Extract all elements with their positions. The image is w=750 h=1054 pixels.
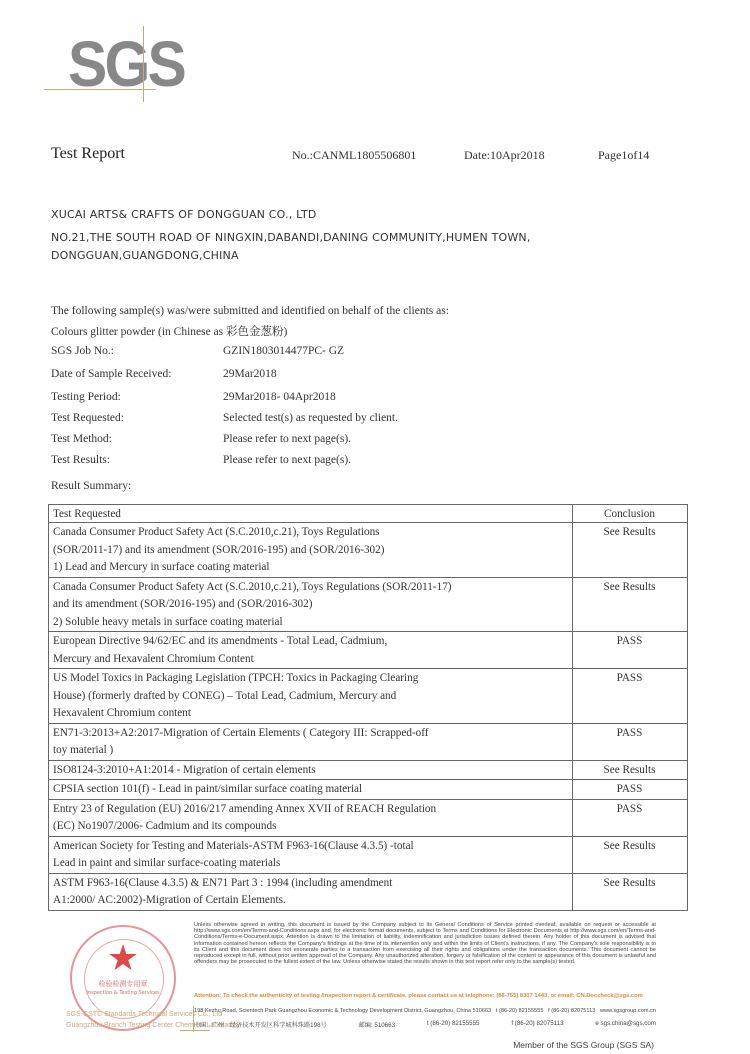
sample-description: Colours glitter powder (in Chinese as 彩色… <box>51 323 287 339</box>
test-line: Mercury and Hexavalent Chromium Content <box>53 651 567 669</box>
field-value: GZIN1803014477PC- GZ <box>223 345 344 357</box>
test-line: European Directive 94/62/EC and its amen… <box>53 633 567 651</box>
website-link[interactable]: www.sgsgroup.com.cn <box>600 1008 656 1014</box>
field-label: Test Method: <box>51 433 112 445</box>
test-line: ASTM F963-16(Clause 4.3.5) & EN71 Part 3… <box>53 875 567 893</box>
conclusion-cell: PASS <box>573 723 688 760</box>
email-link[interactable]: e sgs.china@sgs.com <box>595 1020 656 1029</box>
table-row: ISO8124-3:2010+A1:2014 - Migration of ce… <box>49 760 688 780</box>
address-text: 中国 · 广州 · 经济技术开发区科学城科珠路198号 <box>194 1020 327 1029</box>
conclusion-cell: See Results <box>573 836 688 873</box>
client-address-line1: NO.21,THE SOUTH ROAD OF NINGXIN,DABANDI,… <box>51 231 531 244</box>
test-requested-cell: EN71-3:2013+A2:2017-Migration of Certain… <box>49 723 573 760</box>
field-label: Testing Period: <box>51 391 121 403</box>
test-line: 1) Lead and Mercury in surface coating m… <box>53 559 567 577</box>
conclusion-cell: PASS <box>573 669 688 724</box>
address-chinese: 中国 · 广州 · 经济技术开发区科学城科珠路198号 邮编: 510663 t… <box>194 1020 656 1029</box>
test-line: ISO8124-3:2010+A1:2014 - Migration of ce… <box>53 762 567 780</box>
report-date: Date:10Apr2018 <box>464 148 545 163</box>
member-of-sgs-group: Member of the SGS Group (SGS SA) <box>513 1040 654 1050</box>
test-line: Hexavalent Chromium content <box>53 705 567 723</box>
conclusion-cell: PASS <box>573 780 688 800</box>
report-title: Test Report <box>51 145 125 163</box>
table-header-row: Test Requested Conclusion <box>49 505 688 523</box>
report-number: No.:CANML1805506801 <box>292 148 416 163</box>
field-value: 29Mar2018- 04Apr2018 <box>223 391 336 403</box>
client-address-line2: DONGGUAN,GUANGDONG,CHINA <box>51 249 239 262</box>
test-line: Canada Consumer Product Safety Act (S.C.… <box>53 579 567 597</box>
logo-vertical-rule <box>143 26 144 102</box>
test-line: American Society for Testing and Materia… <box>53 838 567 856</box>
conclusion-cell: PASS <box>573 799 688 836</box>
result-summary-table: Test Requested Conclusion Canada Consume… <box>48 504 688 911</box>
logo-horizontal-rule <box>44 89 156 90</box>
fax: f (86-20) 82075113 <box>548 1008 595 1014</box>
test-requested-cell: European Directive 94/62/EC and its amen… <box>49 632 573 669</box>
field-label: Date of Sample Received: <box>51 368 171 380</box>
field-label: Test Requested: <box>51 412 124 424</box>
test-requested-cell: Canada Consumer Product Safety Act (S.C.… <box>49 577 573 632</box>
table-row: US Model Toxics in Packaging Legislation… <box>49 669 688 724</box>
telephone: t (86-20) 82155555 <box>427 1020 480 1029</box>
field-value: 29Mar2018 <box>223 368 277 380</box>
table-row: American Society for Testing and Materia… <box>49 836 688 873</box>
client-name: XUCAI ARTS& CRAFTS OF DONGGUAN CO., LTD <box>51 208 317 221</box>
authenticity-notice: Attention: To check the authenticity of … <box>194 993 656 1000</box>
test-line: House) (formerly drafted by CONEG) – Tot… <box>53 688 567 706</box>
fax: f (86-20) 82075113 <box>511 1020 563 1029</box>
test-line: Canada Consumer Product Safety Act (S.C.… <box>53 524 567 542</box>
sgs-logo: SGS <box>62 32 174 102</box>
test-requested-cell: US Model Toxics in Packaging Legislation… <box>49 669 573 724</box>
test-line: US Model Toxics in Packaging Legislation… <box>53 670 567 688</box>
test-line: Lead in paint and similar surface-coatin… <box>53 855 567 873</box>
test-requested-cell: Canada Consumer Product Safety Act (S.C.… <box>49 523 573 578</box>
test-line: EN71-3:2013+A2:2017-Migration of Certain… <box>53 725 567 743</box>
test-requested-cell: American Society for Testing and Materia… <box>49 836 573 873</box>
test-line: A1:2000/ AC:2002)-Migration of Certain E… <box>53 892 567 910</box>
field-label: SGS Job No.: <box>51 345 114 357</box>
stamp-chinese-text: 检验检测专用章 <box>72 979 174 989</box>
test-line: (SOR/2011-17) and its amendment (SOR/201… <box>53 542 567 560</box>
telephone: t (86-20) 82155555 <box>496 1008 544 1014</box>
field-value: Please refer to next page(s). <box>223 454 351 466</box>
address-english: 198 Kezhu Road, Scientech Park Guangzhou… <box>194 1008 656 1014</box>
stamp-english-text: Inspection & Testing Services <box>72 990 174 996</box>
conclusion-cell: See Results <box>573 577 688 632</box>
table-row: CPSIA section 101(f) - Lead in paint/sim… <box>49 780 688 800</box>
conclusion-cell: PASS <box>573 632 688 669</box>
sgs-logo-text: SGS <box>68 32 184 96</box>
table-row: EN71-3:2013+A2:2017-Migration of Certain… <box>49 723 688 760</box>
page-indicator: Page1of14 <box>598 148 649 163</box>
star-icon: ★ <box>72 941 174 977</box>
field-value: Please refer to next page(s). <box>223 433 351 445</box>
field-value: Selected test(s) as requested by client. <box>223 412 398 424</box>
result-summary-label: Result Summary: <box>51 480 131 492</box>
table-row: Canada Consumer Product Safety Act (S.C.… <box>49 523 688 578</box>
test-requested-cell: CPSIA section 101(f) - Lead in paint/sim… <box>49 780 573 800</box>
test-line: and its amendment (SOR/2016-195) and (SO… <box>53 596 567 614</box>
column-header-test: Test Requested <box>49 505 573 523</box>
test-line: 2) Soluble heavy metals in surface coati… <box>53 614 567 632</box>
conclusion-cell: See Results <box>573 760 688 780</box>
test-line: Entry 23 of Regulation (EU) 2016/217 ame… <box>53 801 567 819</box>
conclusion-cell: See Results <box>573 523 688 578</box>
table-row: Canada Consumer Product Safety Act (S.C.… <box>49 577 688 632</box>
postcode: 邮编: 510663 <box>359 1020 395 1029</box>
table-row: European Directive 94/62/EC and its amen… <box>49 632 688 669</box>
legal-disclaimer: Unless otherwise agreed in writing, this… <box>194 922 656 965</box>
footer-horizontal-rule <box>180 1030 210 1031</box>
table-row: ASTM F963-16(Clause 4.3.5) & EN71 Part 3… <box>49 873 688 910</box>
address-text: 198 Kezhu Road, Scientech Park Guangzhou… <box>194 1008 491 1014</box>
table-row: Entry 23 of Regulation (EU) 2016/217 ame… <box>49 799 688 836</box>
column-header-conclusion: Conclusion <box>573 505 688 523</box>
test-line: CPSIA section 101(f) - Lead in paint/sim… <box>53 781 567 799</box>
test-line: toy material ) <box>53 742 567 760</box>
field-label: Test Results: <box>51 454 110 466</box>
test-line: (EC) No1907/2006- Cadmium and its compou… <box>53 818 567 836</box>
test-requested-cell: ISO8124-3:2010+A1:2014 - Migration of ce… <box>49 760 573 780</box>
conclusion-cell: See Results <box>573 873 688 910</box>
test-requested-cell: ASTM F963-16(Clause 4.3.5) & EN71 Part 3… <box>49 873 573 910</box>
test-requested-cell: Entry 23 of Regulation (EU) 2016/217 ame… <box>49 799 573 836</box>
sample-intro: The following sample(s) was/were submitt… <box>51 305 449 317</box>
